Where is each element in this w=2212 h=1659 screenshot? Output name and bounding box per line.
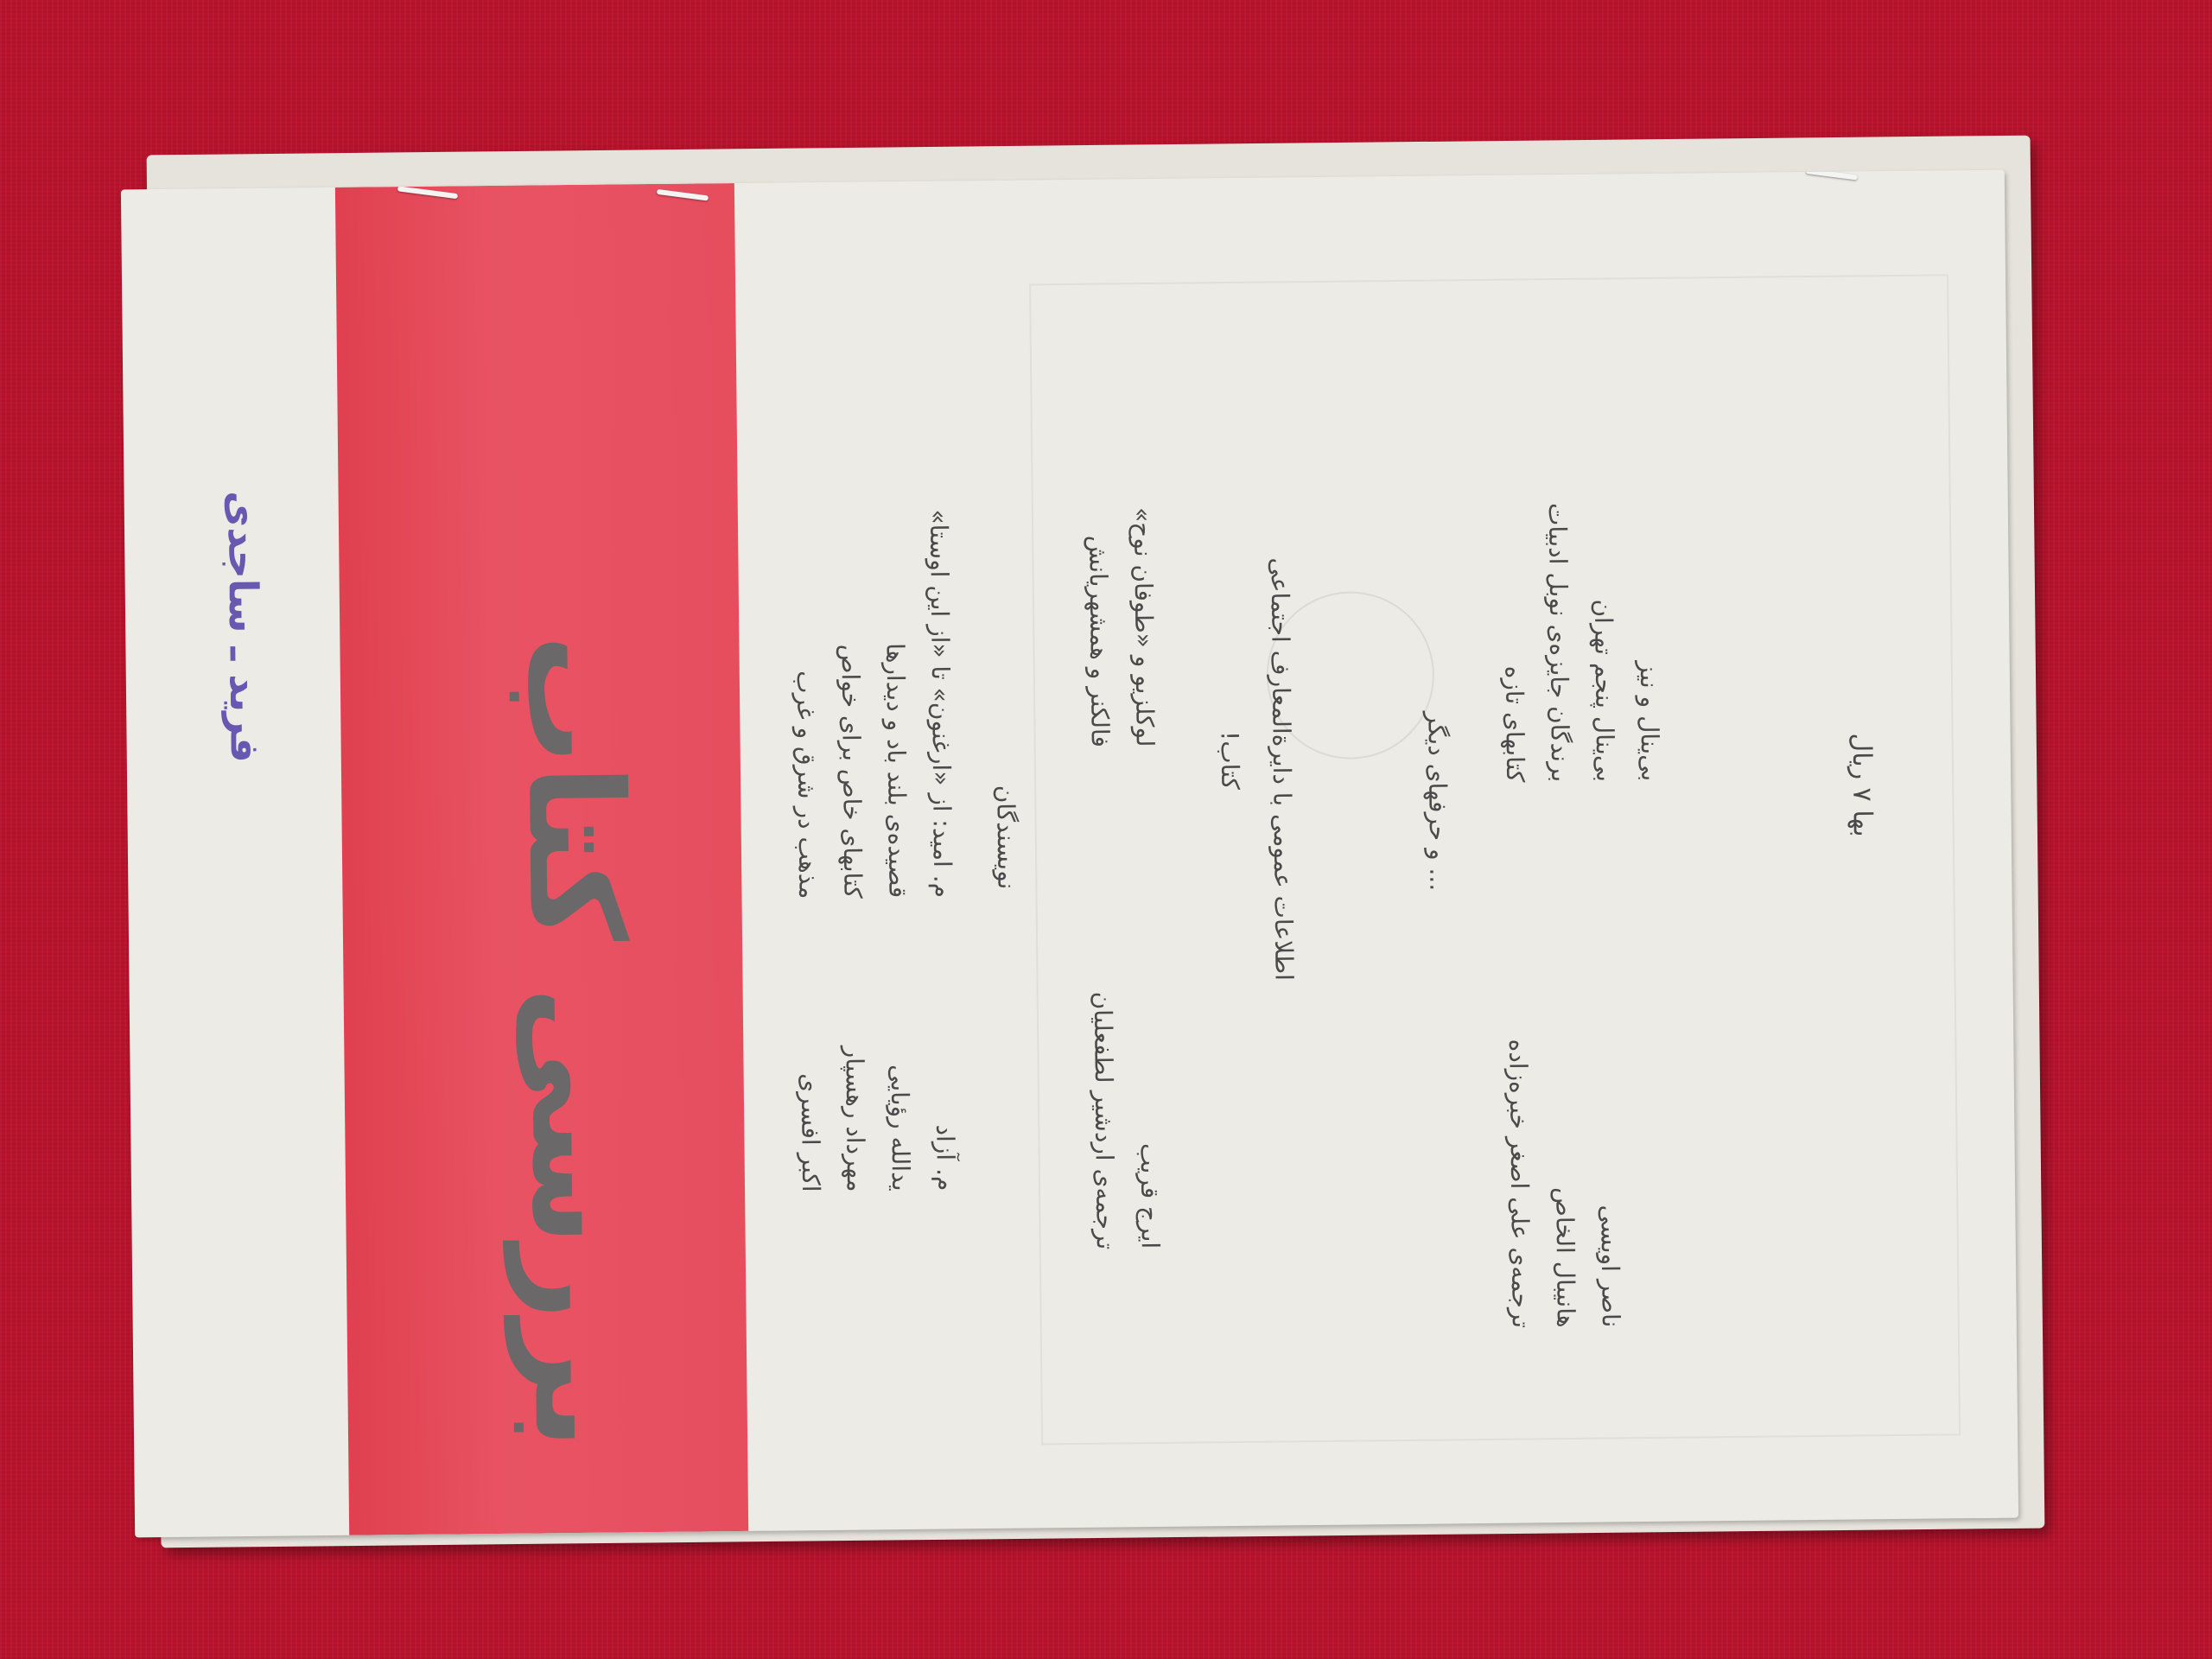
author-name: ترجمه‌ی علی اصغر خبره‌زاده <box>1495 1039 1543 1328</box>
article-line: کتابهای خاص برای خواص <box>826 510 875 899</box>
article-line: قصیده‌ی بلند باد و دیدارها <box>871 510 920 899</box>
author-name: اکبر افسری <box>786 1046 833 1192</box>
article-line: کتابهای تازه <box>1490 503 1537 783</box>
magazine-title: بررسی کتاب <box>497 633 656 1450</box>
article-line: مذهب در شرق و غرب <box>781 511 830 899</box>
section1-lines: م. امید: از «ارغنون» تا «از این اوستا» ق… <box>781 509 965 899</box>
article-line: م. امید: از «ارغنون» تا «از این اوستا» <box>916 509 965 898</box>
price-label: بها ۷ ریال <box>1847 733 1878 837</box>
faint-border-frame <box>1029 274 1961 1445</box>
author-name: مهرداد رهسپار <box>831 1046 878 1192</box>
section2-lines: لوکلزیو و «طوفان نوح» فالکنر و همشهریانش <box>1075 507 1167 747</box>
book-heading: کتاب! <box>1216 731 1245 790</box>
article-line: لوکلزیو و «طوفان نوح» <box>1120 507 1167 747</box>
article-line: بی‌ینال پنجم تهران <box>1580 502 1627 782</box>
magazine-cover: فرید ـ ساجدی بررسی کتاب م. امید: از «ارغ… <box>121 170 2018 1538</box>
section2-authors: ایرج قریب ترجمه‌ی اردشیر لطفعلیان <box>1080 991 1173 1250</box>
others-heading: ... و حرفهای دیگر <box>1422 711 1452 891</box>
author-name: هانیبال الخاص <box>1540 1039 1588 1328</box>
author-name: م. آزاد <box>921 1045 968 1191</box>
article-line: فالکنر و همشهریانش <box>1075 507 1122 747</box>
author-name: ناصر اویسی <box>1585 1038 1633 1327</box>
owner-inscription: فرید ـ ساجدی <box>219 491 269 763</box>
author-name: یدالله رؤیایی <box>876 1046 923 1192</box>
author-name: ترجمه‌ی اردشیر لطفعلیان <box>1080 991 1128 1249</box>
staple <box>1806 170 1858 181</box>
section3-line: اطلاعات عمومی با دایرة‌المعارف اجتماعی <box>1256 557 1306 981</box>
section4-authors: ناصر اویسی هانیبال الخاص ترجمه‌ی علی اصغ… <box>1495 1038 1632 1328</box>
section4-lines: بی‌ینال و نیز بی‌ینال پنجم تهران برندگان… <box>1490 502 1672 783</box>
author-name: ایرج قریب <box>1125 991 1173 1249</box>
article-line: بی‌ینال و نیز <box>1624 502 1672 782</box>
article-line: برندگان جایزه‌ی نوبل ادبیات <box>1535 503 1582 783</box>
writers-heading: نویسندگان <box>991 785 1020 890</box>
section1-authors: م. آزاد یدالله رؤیایی مهرداد رهسپار اکبر… <box>786 1045 968 1192</box>
